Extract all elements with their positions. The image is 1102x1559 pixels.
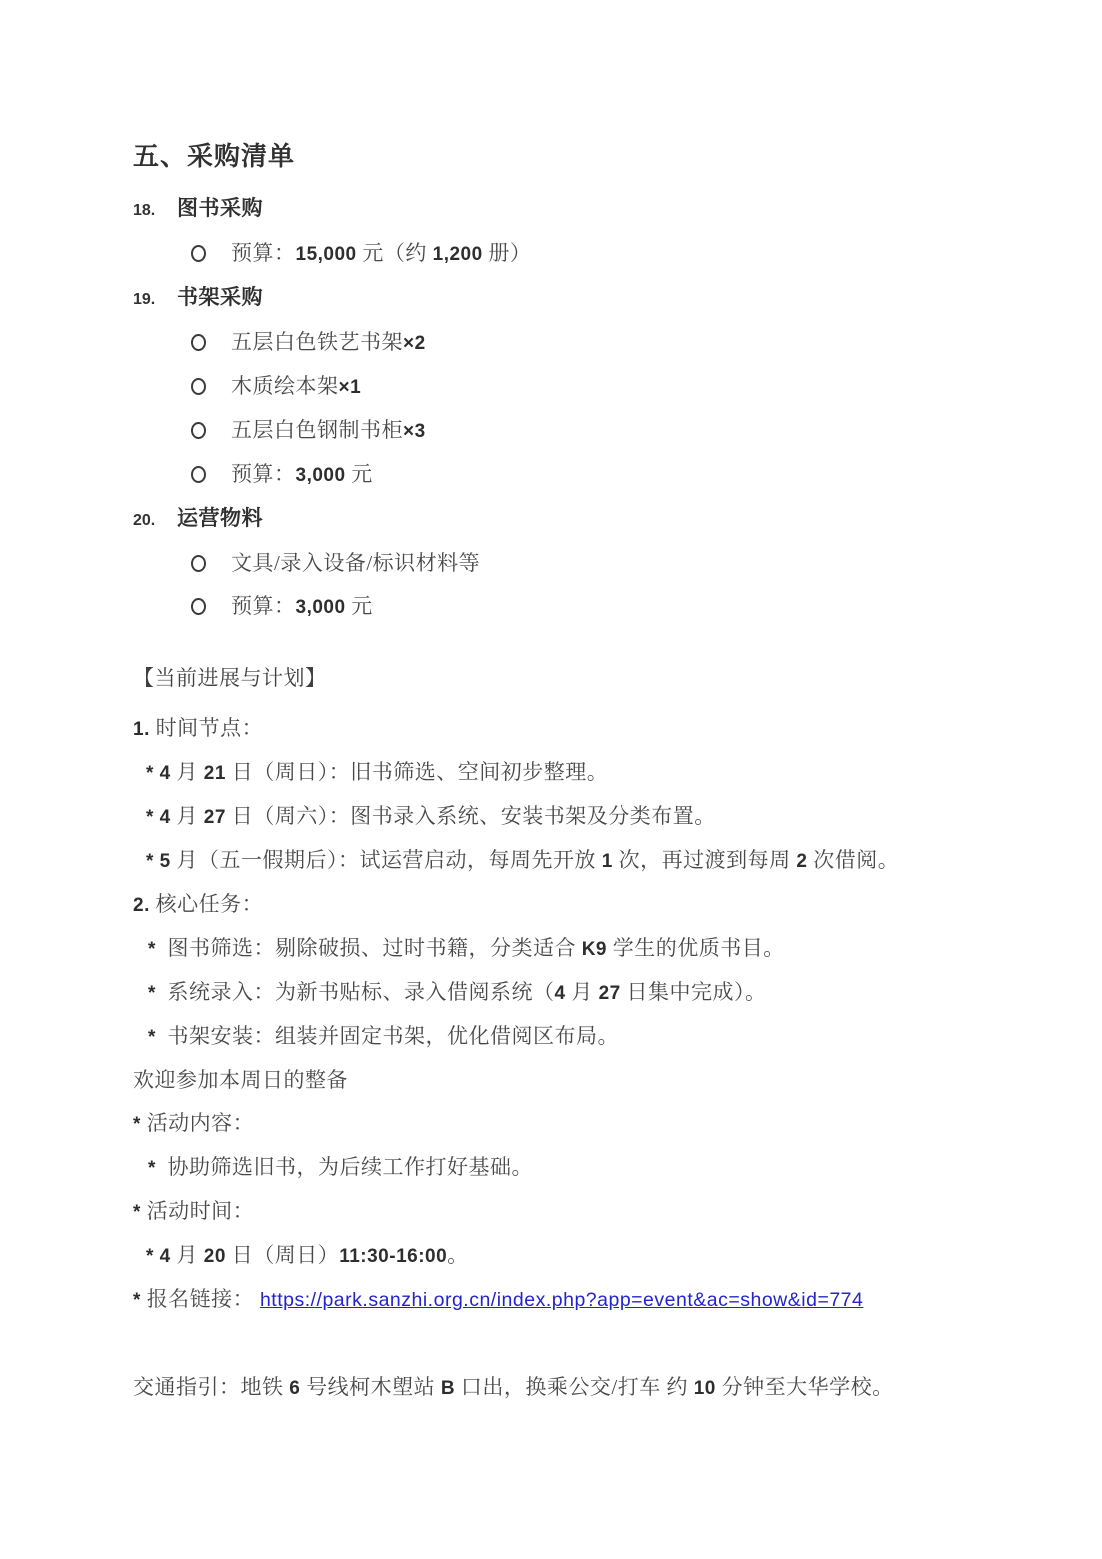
line-task-book-screening: * 图书筛选：剔除破损、过时书籍，分类适合 K9 学生的优质书目。 bbox=[148, 935, 1042, 963]
circle-bullet-icon bbox=[191, 598, 206, 615]
item-title-shelf-purchase: 书架采购 bbox=[177, 286, 263, 309]
bullet-shelf-wood: 木质绘本架×1 bbox=[133, 373, 1042, 401]
item-title-books-purchase: 图书采购 bbox=[177, 197, 263, 220]
list-item-20: 20.运营物料 bbox=[133, 505, 1042, 534]
circle-bullet-icon bbox=[191, 378, 206, 395]
circle-bullet-icon bbox=[191, 555, 206, 572]
list-item-18: 18.图书采购 bbox=[133, 195, 1042, 224]
bullet-text: 木质绘本架×1 bbox=[231, 373, 1042, 401]
circle-bullet-icon bbox=[191, 466, 206, 483]
line-signup: * 报名链接： https://park.sanzhi.org.cn/index… bbox=[133, 1286, 1042, 1314]
line-welcome: 欢迎参加本周日的整备 bbox=[133, 1067, 1042, 1094]
bullet-shelf-iron: 五层白色铁艺书架×2 bbox=[133, 329, 1042, 357]
bullet-text: 预算：15,000 元（约 1,200 册） bbox=[231, 240, 1042, 268]
item-number: 20. bbox=[133, 507, 177, 534]
bullet-text: 文具/录入设备/标识材料等 bbox=[231, 550, 1042, 577]
circle-bullet-icon bbox=[191, 245, 206, 262]
bullet-cabinet-steel: 五层白色钢制书柜×3 bbox=[133, 417, 1042, 445]
item-title-operation-materials: 运营物料 bbox=[177, 507, 263, 530]
bullet-text: 预算：3,000 元 bbox=[231, 593, 1042, 621]
line-traffic-guide: 交通指引：地铁 6 号线柯木塱站 B 口出，换乘公交/打车 约 10 分钟至大华… bbox=[133, 1374, 1042, 1402]
list-item-19: 19.书架采购 bbox=[133, 284, 1042, 313]
line-activity-content-title: * 活动内容： bbox=[133, 1110, 1042, 1138]
heading-procurement-list: 五、采购清单 bbox=[133, 141, 1042, 171]
line-activity-time-title: * 活动时间： bbox=[133, 1198, 1042, 1226]
line-timeline-title: 1. 时间节点： bbox=[133, 715, 1042, 743]
bullet-books-budget: 预算：15,000 元（约 1,200 册） bbox=[133, 240, 1042, 268]
bullet-text: 五层白色钢制书柜×3 bbox=[231, 417, 1042, 445]
circle-bullet-icon bbox=[191, 422, 206, 439]
document-page: 五、采购清单 18.图书采购 预算：15,000 元（约 1,200 册） 19… bbox=[0, 0, 1102, 1559]
section-bracket-heading: 【当前进展与计划】 bbox=[133, 665, 1042, 692]
line-activity-time-detail: * 4 月 20 日（周日）11:30-16:00。 bbox=[146, 1242, 1042, 1270]
line-may-plan: * 5 月（五一假期后）：试运营启动，每周先开放 1 次，再过渡到每周 2 次借… bbox=[146, 847, 1042, 875]
bullet-text: 五层白色铁艺书架×2 bbox=[231, 329, 1042, 357]
bullet-text: 预算：3,000 元 bbox=[231, 461, 1042, 489]
item-number: 19. bbox=[133, 286, 177, 313]
line-task-system-entry: * 系统录入：为新书贴标、录入借阅系统（4 月 27 日集中完成）。 bbox=[148, 979, 1042, 1007]
line-activity-content-detail: * 协助筛选旧书，为后续工作打好基础。 bbox=[148, 1154, 1042, 1182]
bullet-materials-budget: 预算：3,000 元 bbox=[133, 593, 1042, 621]
circle-bullet-icon bbox=[191, 334, 206, 351]
line-date-apr21: * 4 月 21 日（周日）：旧书筛选、空间初步整理。 bbox=[146, 759, 1042, 787]
bullet-materials-detail: 文具/录入设备/标识材料等 bbox=[133, 550, 1042, 577]
line-core-tasks-title: 2. 核心任务： bbox=[133, 891, 1042, 919]
line-date-apr27: * 4 月 27 日（周六）：图书录入系统、安装书架及分类布置。 bbox=[146, 803, 1042, 831]
item-number: 18. bbox=[133, 197, 177, 224]
bullet-shelf-budget: 预算：3,000 元 bbox=[133, 461, 1042, 489]
signup-link[interactable]: https://park.sanzhi.org.cn/index.php?app… bbox=[260, 1289, 863, 1311]
line-task-shelf-install: * 书架安装：组装并固定书架，优化借阅区布局。 bbox=[148, 1023, 1042, 1051]
